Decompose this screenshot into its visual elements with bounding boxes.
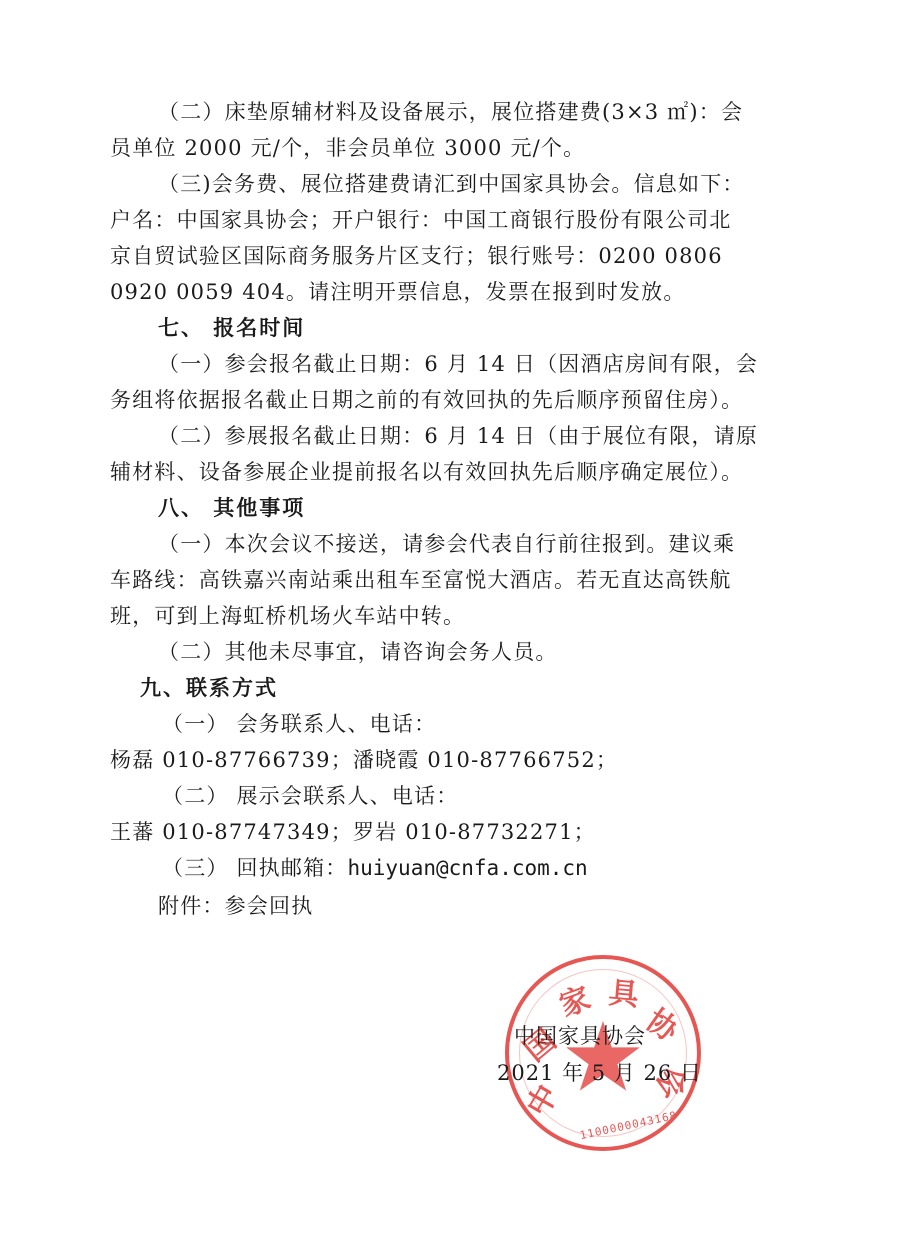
official-seal: 中 国 家 具 协 会 1100000043168: [505, 955, 701, 1151]
paragraph-line: 班，可到上海虹桥机场火车站中转。: [110, 601, 465, 631]
paragraph-line: （二）参展报名截止日期：6 月 14 日（由于展位有限，请原: [158, 421, 758, 451]
seal-char: 具: [607, 968, 641, 1014]
paragraph-line: （一）本次会议不接送，请参会代表自行前往报到。建议乘: [158, 529, 735, 559]
paragraph-line: （二） 展示会联系人、电话：: [162, 781, 458, 811]
paragraph-line: 务组将依据报名截止日期之前的有效回执的先后顺序预留住房）。: [110, 385, 743, 415]
paragraph-line: （一） 会务联系人、电话：: [162, 709, 436, 739]
section-heading-9: 九、联系方式: [140, 673, 278, 703]
contact-line: 杨磊 010-87766739；潘晓霞 010-87766752；: [110, 745, 618, 775]
section-heading-8: 八、 其他事项: [158, 493, 305, 523]
document-page: （二）床垫原辅材料及设备展示，展位搭建费(3×3 ㎡)：会 员单位 2000 元…: [0, 0, 901, 1258]
email-address: huiyuan@cnfa.com.cn: [347, 856, 587, 880]
email-line: （三） 回执邮箱：huiyuan@cnfa.com.cn: [162, 853, 588, 883]
paragraph-line: 户名：中国家具协会；开户银行：中国工商银行股份有限公司北: [110, 205, 732, 235]
section-heading-7: 七、 报名时间: [158, 313, 305, 343]
paragraph-line: 车路线：高铁嘉兴南站乘出租车至富悦大酒店。若无直达高铁航: [110, 565, 732, 595]
attachment-note: 附件：参会回执: [158, 891, 313, 921]
paragraph-line: （一）参会报名截止日期：6 月 14 日（因酒店房间有限，会: [158, 349, 758, 379]
email-label: （三） 回执邮箱：: [162, 856, 347, 880]
paragraph-line: （二）其他未尽事宜，请咨询会务人员。: [158, 637, 558, 667]
contact-line: 王蕃 010-87747349；罗岩 010-87732271；: [110, 817, 596, 847]
paragraph-line: 0920 0059 404。请注明开票信息，发票在报到时发放。: [110, 277, 686, 307]
paragraph-line: （三)会务费、展位搭建费请汇到中国家具协会。信息如下：: [158, 169, 745, 199]
paragraph-line: 辅材料、设备参展企业提前报名以有效回执先后顺序确定展位）。: [110, 457, 743, 487]
paragraph-line: （二）床垫原辅材料及设备展示，展位搭建费(3×3 ㎡)：会: [158, 97, 743, 127]
signature-date: 2021 年 5 月 26 日: [497, 1058, 702, 1088]
paragraph-line: 京自贸试验区国际商务服务片区支行；银行账号：0200 0806: [110, 241, 723, 271]
signature-org: 中国家具协会: [514, 1021, 646, 1051]
paragraph-line: 员单位 2000 元/个，非会员单位 3000 元/个。: [110, 133, 585, 163]
